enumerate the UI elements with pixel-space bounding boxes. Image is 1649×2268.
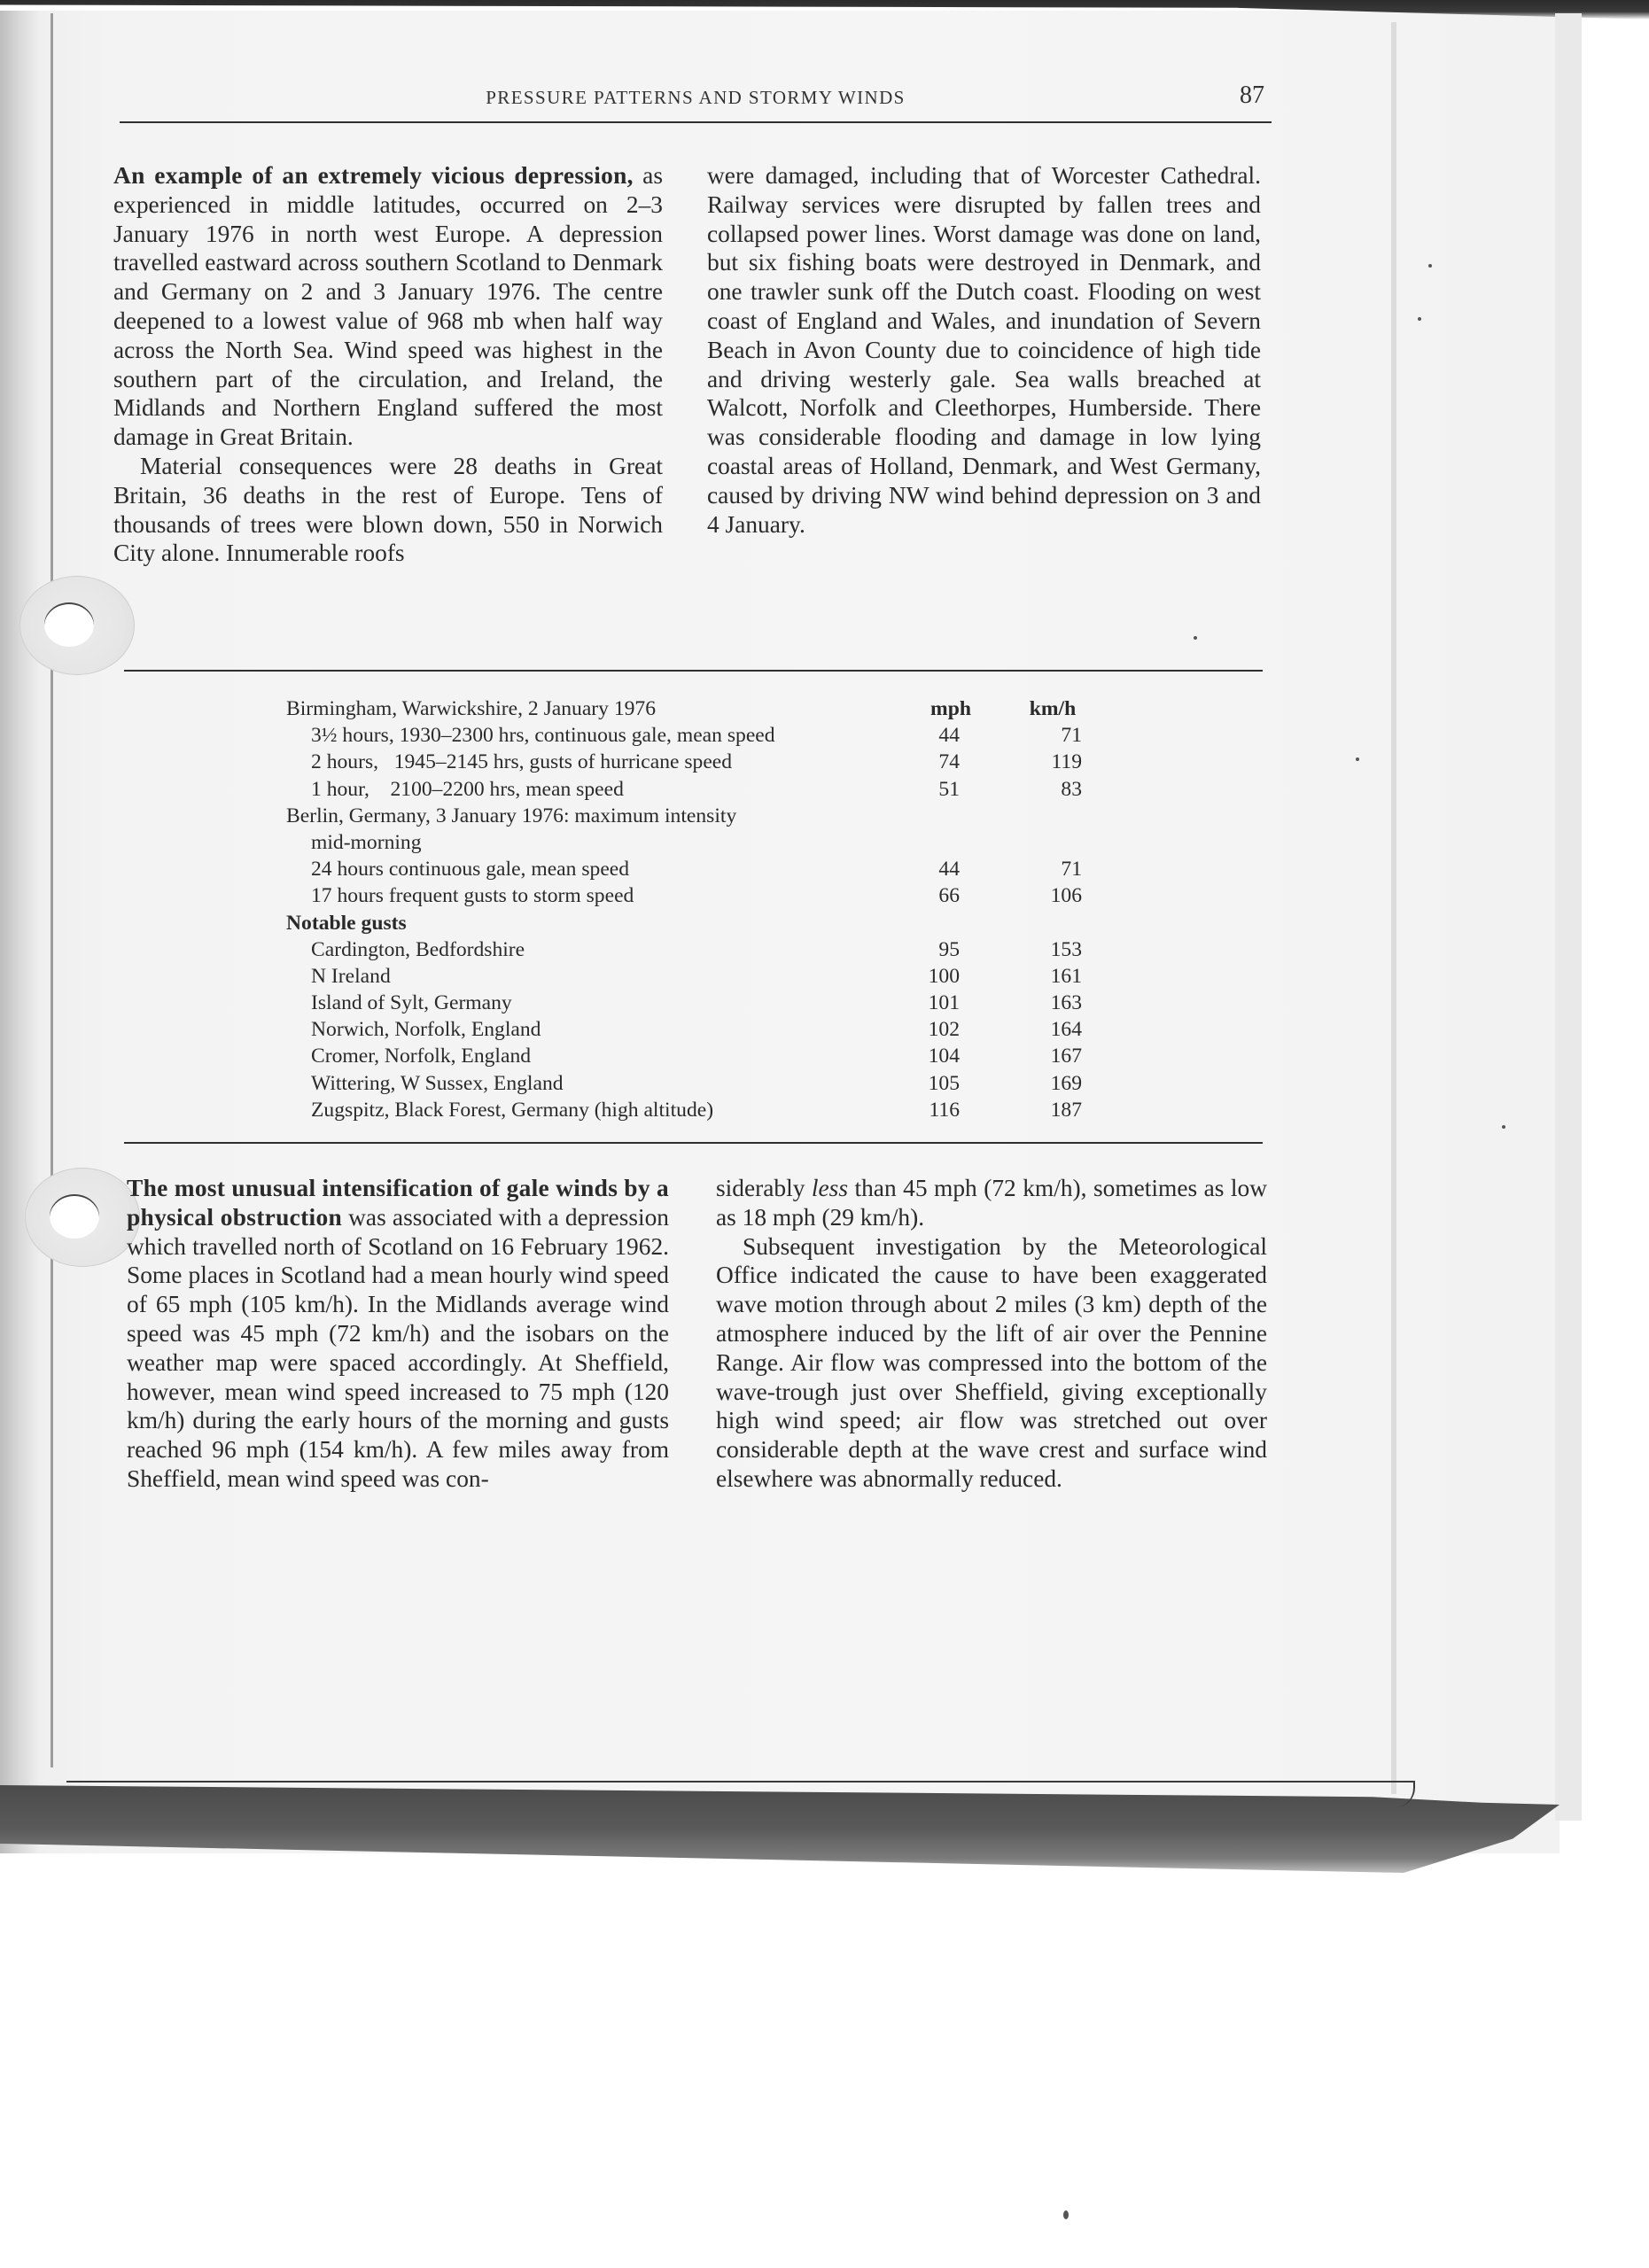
section1-paragraph-1-text: as experienced in middle latitudes, occu… [113,162,663,450]
row-label: Notable gusts [286,910,407,936]
section2-right-column: siderably less than 45 mph (72 km/h), so… [716,1174,1267,1494]
scan-speck [1063,2210,1069,2219]
header-rule [120,121,1272,123]
table-row: 1 hour, 2100–2200 hrs, mean speed5183 [286,776,1101,803]
table-row: mid-morning [286,829,1101,856]
row-label: Norwich, Norfolk, England [311,1016,541,1043]
mph-value: 105 [898,1070,960,1097]
scan-speck [1418,317,1421,321]
column-header-kmh: km/h [1004,695,1101,722]
row-label: N Ireland [311,963,391,990]
mph-value: 100 [898,963,960,990]
punched-hole-icon [50,1194,99,1239]
section1-paragraph-3: were damaged, including that of Worceste… [707,161,1261,539]
kmh-value: 71 [1013,856,1082,882]
row-label: Birmingham, Warwickshire, 2 January 1976 [286,695,656,722]
section2-left-column: The most unusual intensification of gale… [127,1174,669,1494]
kmh-value: 106 [1013,882,1082,909]
table-row: 24 hours continuous gale, mean speed4471 [286,856,1101,882]
row-label: 1 hour, 2100–2200 hrs, mean speed [311,776,624,803]
table-bottom-rule [124,1142,1263,1144]
table-row: 3½ hours, 1930–2300 hrs, continuous gale… [286,722,1101,749]
row-label: Zugspitz, Black Forest, Germany (high al… [311,1097,713,1123]
section1-left-column: An example of an extremely vicious depre… [113,161,663,568]
mph-value: 116 [898,1097,960,1123]
running-title: PRESSURE PATTERNS AND STORMY WINDS [120,87,1272,109]
kmh-value: 163 [1013,990,1082,1016]
section2-paragraph-1: The most unusual intensification of gale… [127,1174,669,1494]
section1-right-column: were damaged, including that of Worceste… [707,161,1261,539]
table-row: Norwich, Norfolk, England102164 [286,1016,1101,1043]
page-number: 87 [1240,82,1264,110]
punched-hole-icon [44,602,94,647]
table-row: Zugspitz, Black Forest, Germany (high al… [286,1097,1101,1123]
mph-value: 44 [898,722,960,749]
row-label: 3½ hours, 1930–2300 hrs, continuous gale… [311,722,775,749]
mph-value: 74 [898,749,960,775]
section1-paragraph-1: An example of an extremely vicious depre… [113,161,663,452]
scan-speck [1356,757,1359,761]
mph-value: 102 [898,1016,960,1043]
section2-paragraph-1-text: was associated with a depression which t… [127,1204,669,1492]
table-row: 17 hours frequent gusts to storm speed66… [286,882,1101,909]
row-label: Island of Sylt, Germany [311,990,512,1016]
row-label: mid-morning [311,829,422,856]
section1-paragraph-2: Material consequences were 28 deaths in … [113,452,663,568]
section2-paragraph-3: Subsequent investigation by the Meteorol… [716,1232,1267,1494]
row-label: 24 hours continuous gale, mean speed [311,856,629,882]
table-row: Notable gusts [286,910,1101,936]
mph-value: 95 [898,936,960,963]
row-label: Wittering, W Sussex, England [311,1070,564,1097]
mph-value: 51 [898,776,960,803]
mph-value: 66 [898,882,960,909]
column-header-mph: mph [915,695,986,722]
mph-value: 101 [898,990,960,1016]
kmh-value: 169 [1013,1070,1082,1097]
scan-speck [1194,636,1197,640]
scan-speck [1428,264,1432,268]
binder-hole-reinforcement-bottom [25,1168,140,1267]
row-label: Berlin, Germany, 3 January 1976: maximum… [286,803,736,829]
binding-gutter-line [51,13,53,1767]
binder-hole-reinforcement-top [19,576,135,675]
table-row: Birmingham, Warwickshire, 2 January 1976… [286,695,1101,722]
kmh-value: 161 [1013,963,1082,990]
wind-speed-table: Birmingham, Warwickshire, 2 January 1976… [286,695,1101,1123]
section2-paragraph-2: siderably less than 45 mph (72 km/h), so… [716,1174,1267,1232]
kmh-value: 153 [1013,936,1082,963]
kmh-value: 187 [1013,1097,1082,1123]
table-row: Cromer, Norfolk, England104167 [286,1043,1101,1069]
kmh-value: 167 [1013,1043,1082,1069]
table-row: Berlin, Germany, 3 January 1976: maximum… [286,803,1101,829]
table-row: Island of Sylt, Germany101163 [286,990,1101,1016]
row-label: Cromer, Norfolk, England [311,1043,531,1069]
section2-paragraph-2-start: siderably [716,1175,812,1201]
mph-value: 44 [898,856,960,882]
kmh-value: 164 [1013,1016,1082,1043]
page-fold-line [1391,22,1396,1794]
row-label: 2 hours, 1945–2145 hrs, gusts of hurrica… [311,749,732,775]
page-right-edge [1555,13,1582,1821]
table-row: Cardington, Bedfordshire95153 [286,936,1101,963]
table-top-rule [124,670,1263,672]
kmh-value: 71 [1013,722,1082,749]
table-row: 2 hours, 1945–2145 hrs, gusts of hurrica… [286,749,1101,775]
section1-lead-heading: An example of an extremely vicious depre… [113,162,634,189]
mph-value: 104 [898,1043,960,1069]
kmh-value: 119 [1013,749,1082,775]
row-label: Cardington, Bedfordshire [311,936,525,963]
italic-emphasis: less [812,1175,848,1201]
running-head: PRESSURE PATTERNS AND STORMY WINDS 87 [120,82,1272,117]
scan-speck [1502,1125,1505,1129]
kmh-value: 83 [1013,776,1082,803]
row-label: 17 hours frequent gusts to storm speed [311,882,634,909]
page-bottom-edge [66,1781,1415,1807]
table-row: N Ireland100161 [286,963,1101,990]
table-row: Wittering, W Sussex, England105169 [286,1070,1101,1097]
